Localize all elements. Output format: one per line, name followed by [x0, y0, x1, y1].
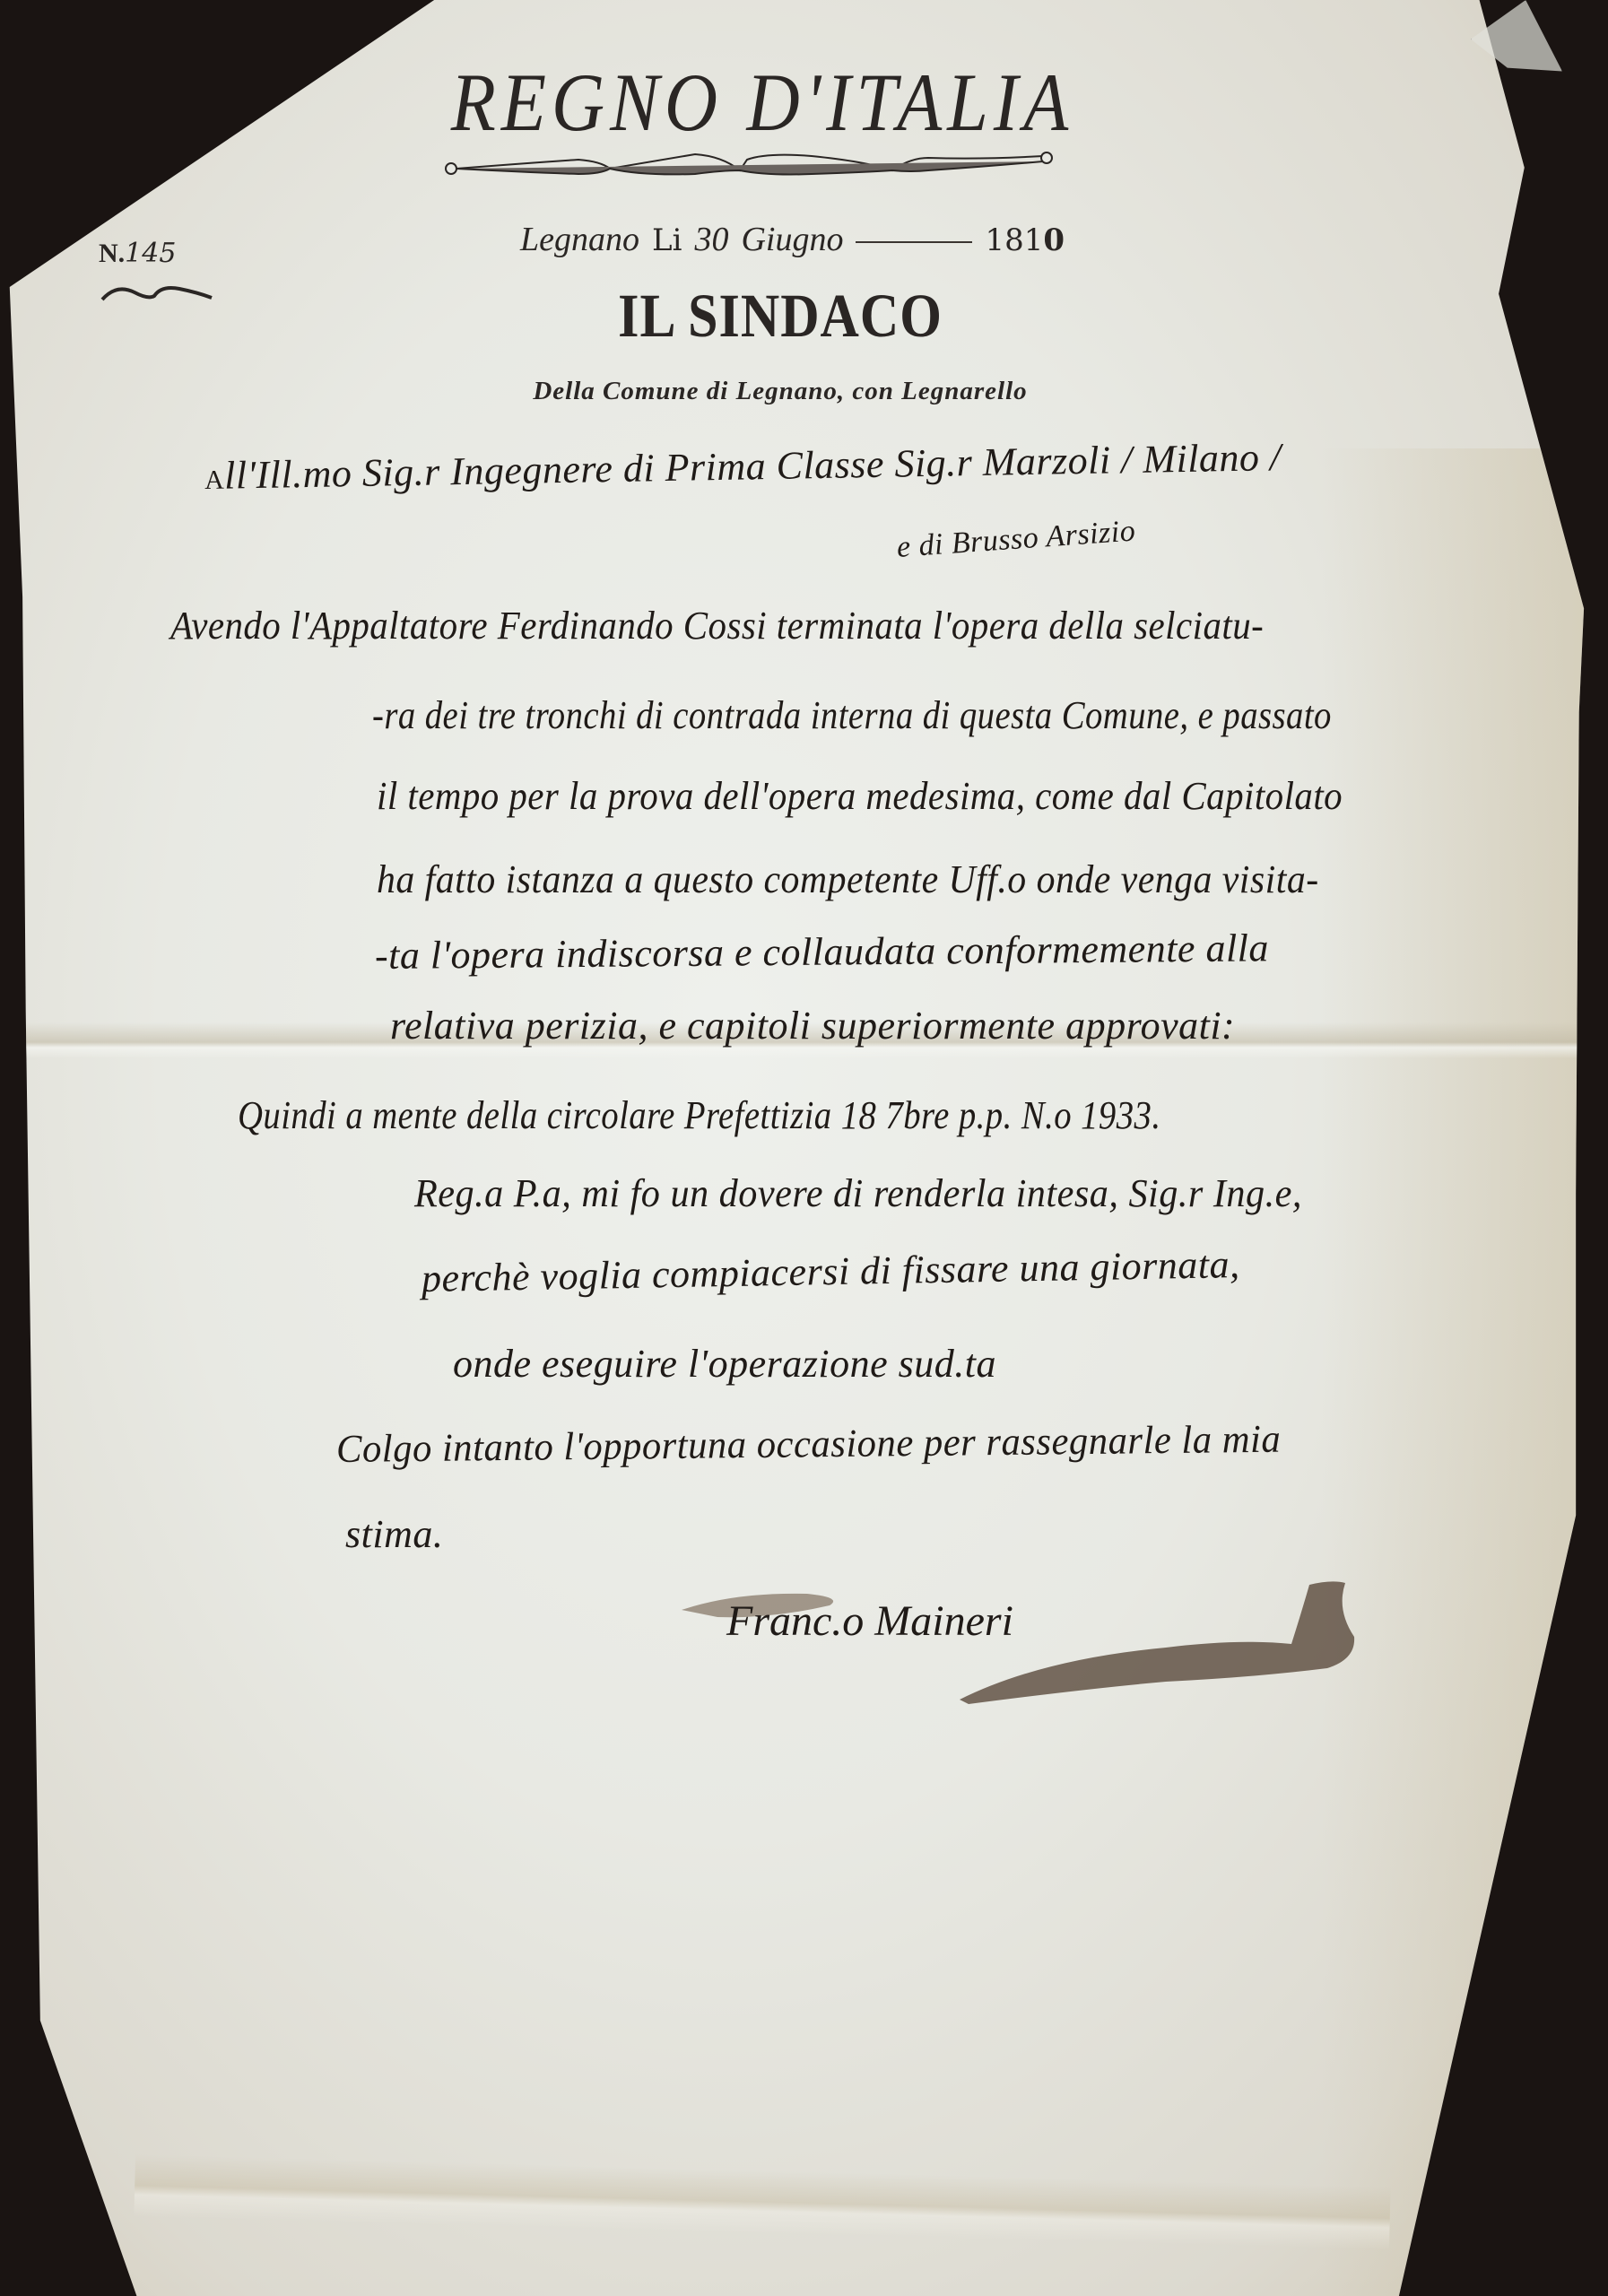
ornament-divider-icon [444, 151, 1054, 187]
reference-number: N.145 [99, 238, 176, 269]
reference-value: 145 [125, 238, 176, 269]
body-line: -ra dei tre tronchi di contrada interna … [372, 692, 1332, 738]
letterhead-title: REGNO D'ITALIA [359, 56, 1166, 150]
body-line: relativa perizia, e capitoli superiormen… [390, 1003, 1235, 1048]
date-line: Legnano Li 30 Giugno 1810 [520, 220, 1238, 283]
body-line: Avendo l'Appaltatore Ferdinando Cossi te… [170, 603, 1264, 648]
body-line: il tempo per la prova dell'opera medesim… [377, 773, 1343, 819]
office-subtitle: Della Comune di Legnano, con Legnarello [377, 377, 1184, 406]
paper-stain [1321, 448, 1608, 2296]
date-prefix: Li [652, 222, 682, 258]
date-rule [856, 241, 972, 243]
signature: Franc.o Maineri [726, 1596, 1013, 1646]
date-year-handwritten: 0 [1043, 222, 1065, 258]
body-line: Quindi a mente della circolare Prefettiz… [238, 1092, 1160, 1138]
date-day: 30 [694, 220, 728, 259]
addressee-prefix: A [204, 465, 225, 495]
body-line: stima. [345, 1511, 443, 1557]
body-line: -ta l'opera indiscorsa e collaudata conf… [375, 925, 1269, 978]
date-year: 1810 [985, 222, 1065, 258]
date-month: Giugno [741, 220, 843, 259]
paper-fold-crease-bottom [134, 2154, 1390, 2250]
date-year-printed: 181 [985, 222, 1043, 258]
body-line: ha fatto istanza a questo competente Uff… [377, 857, 1319, 902]
swash-flourish-icon [99, 280, 215, 305]
place-name: Legnano [520, 220, 639, 259]
office-title: IL SINDACO [502, 281, 1058, 352]
body-line: onde eseguire l'operazione sud.ta [453, 1341, 996, 1387]
body-line: Reg.a P.a, mi fo un dovere di renderla i… [414, 1170, 1302, 1216]
reference-label: N. [99, 239, 125, 268]
